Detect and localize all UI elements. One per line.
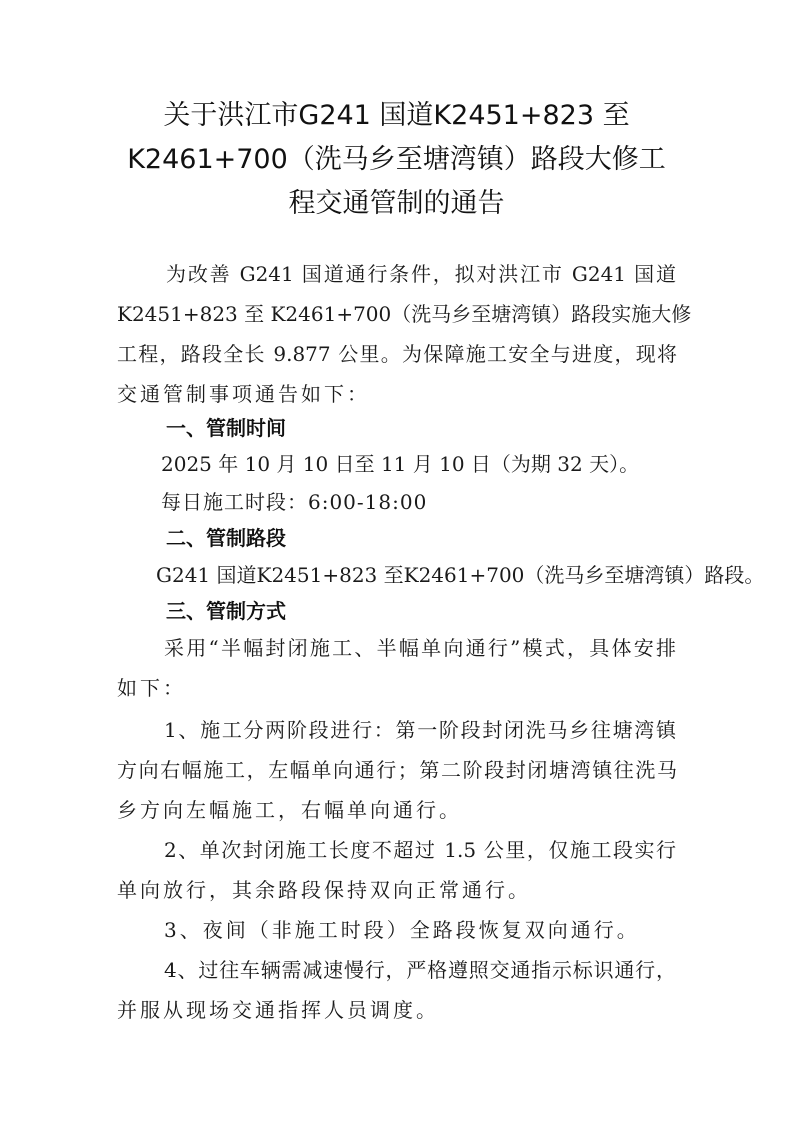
daily-hours-text: 每日施工时段：6:00-18:00 bbox=[161, 484, 721, 520]
item-1-line-2: 方向右幅施工，左幅单向通行；第二阶段封闭塘湾镇往洗马 bbox=[117, 752, 677, 788]
title-line-1: 关于洪江市G241 国道K2451+823 至 bbox=[0, 96, 793, 136]
item-4-line-2: 并服从现场交通指挥人员调度。 bbox=[117, 992, 677, 1028]
intro-line-3: 工程，路段全长 9.877 公里。为保障施工安全与进度，现将 bbox=[117, 336, 677, 372]
intro-line-1: 为改善 G241 国道通行条件，拟对洪江市 G241 国道 bbox=[166, 256, 676, 292]
section-heading-method: 三、管制方式 bbox=[166, 593, 286, 629]
title-line-2: K2461+700（洗马乡至塘湾镇）路段大修工 bbox=[0, 140, 793, 180]
item-2-line-2: 单向放行，其余路段保持双向正常通行。 bbox=[117, 872, 677, 908]
intro-line-4: 交通管制事项通告如下： bbox=[117, 376, 677, 412]
title-line-3: 程交通管制的通告 bbox=[0, 184, 793, 224]
section-heading-time: 一、管制时间 bbox=[166, 410, 286, 446]
item-2-line-1: 2、单次封闭施工长度不超过 1.5 公里，仅施工段实行 bbox=[164, 832, 676, 868]
item-1-line-1: 1、施工分两阶段进行：第一阶段封闭洗马乡往塘湾镇 bbox=[164, 712, 676, 748]
road-section-text: G241 国道K2451+823 至K2461+700（洗马乡至塘湾镇）路段。 bbox=[156, 557, 716, 593]
intro-line-2: K2451+823 至 K2461+700（洗马乡至塘湾镇）路段实施大修 bbox=[117, 296, 677, 332]
item-4-line-1: 4、过往车辆需减速慢行，严格遵照交通指示标识通行， bbox=[164, 952, 676, 988]
item-1-line-3: 乡方向左幅施工，右幅单向通行。 bbox=[117, 792, 677, 828]
document-page: 关于洪江市G241 国道K2451+823 至 K2461+700（洗马乡至塘湾… bbox=[0, 0, 793, 1122]
time-range-text: 2025 年 10 月 10 日至 11 月 10 日（为期 32 天）。 bbox=[161, 446, 721, 482]
method-line-2: 如下： bbox=[117, 670, 677, 706]
section-heading-road: 二、管制路段 bbox=[166, 520, 286, 556]
method-line-1: 采用“半幅封闭施工、半幅单向通行”模式，具体安排 bbox=[164, 630, 676, 666]
item-3-line-1: 3、夜间（非施工时段）全路段恢复双向通行。 bbox=[164, 912, 724, 948]
